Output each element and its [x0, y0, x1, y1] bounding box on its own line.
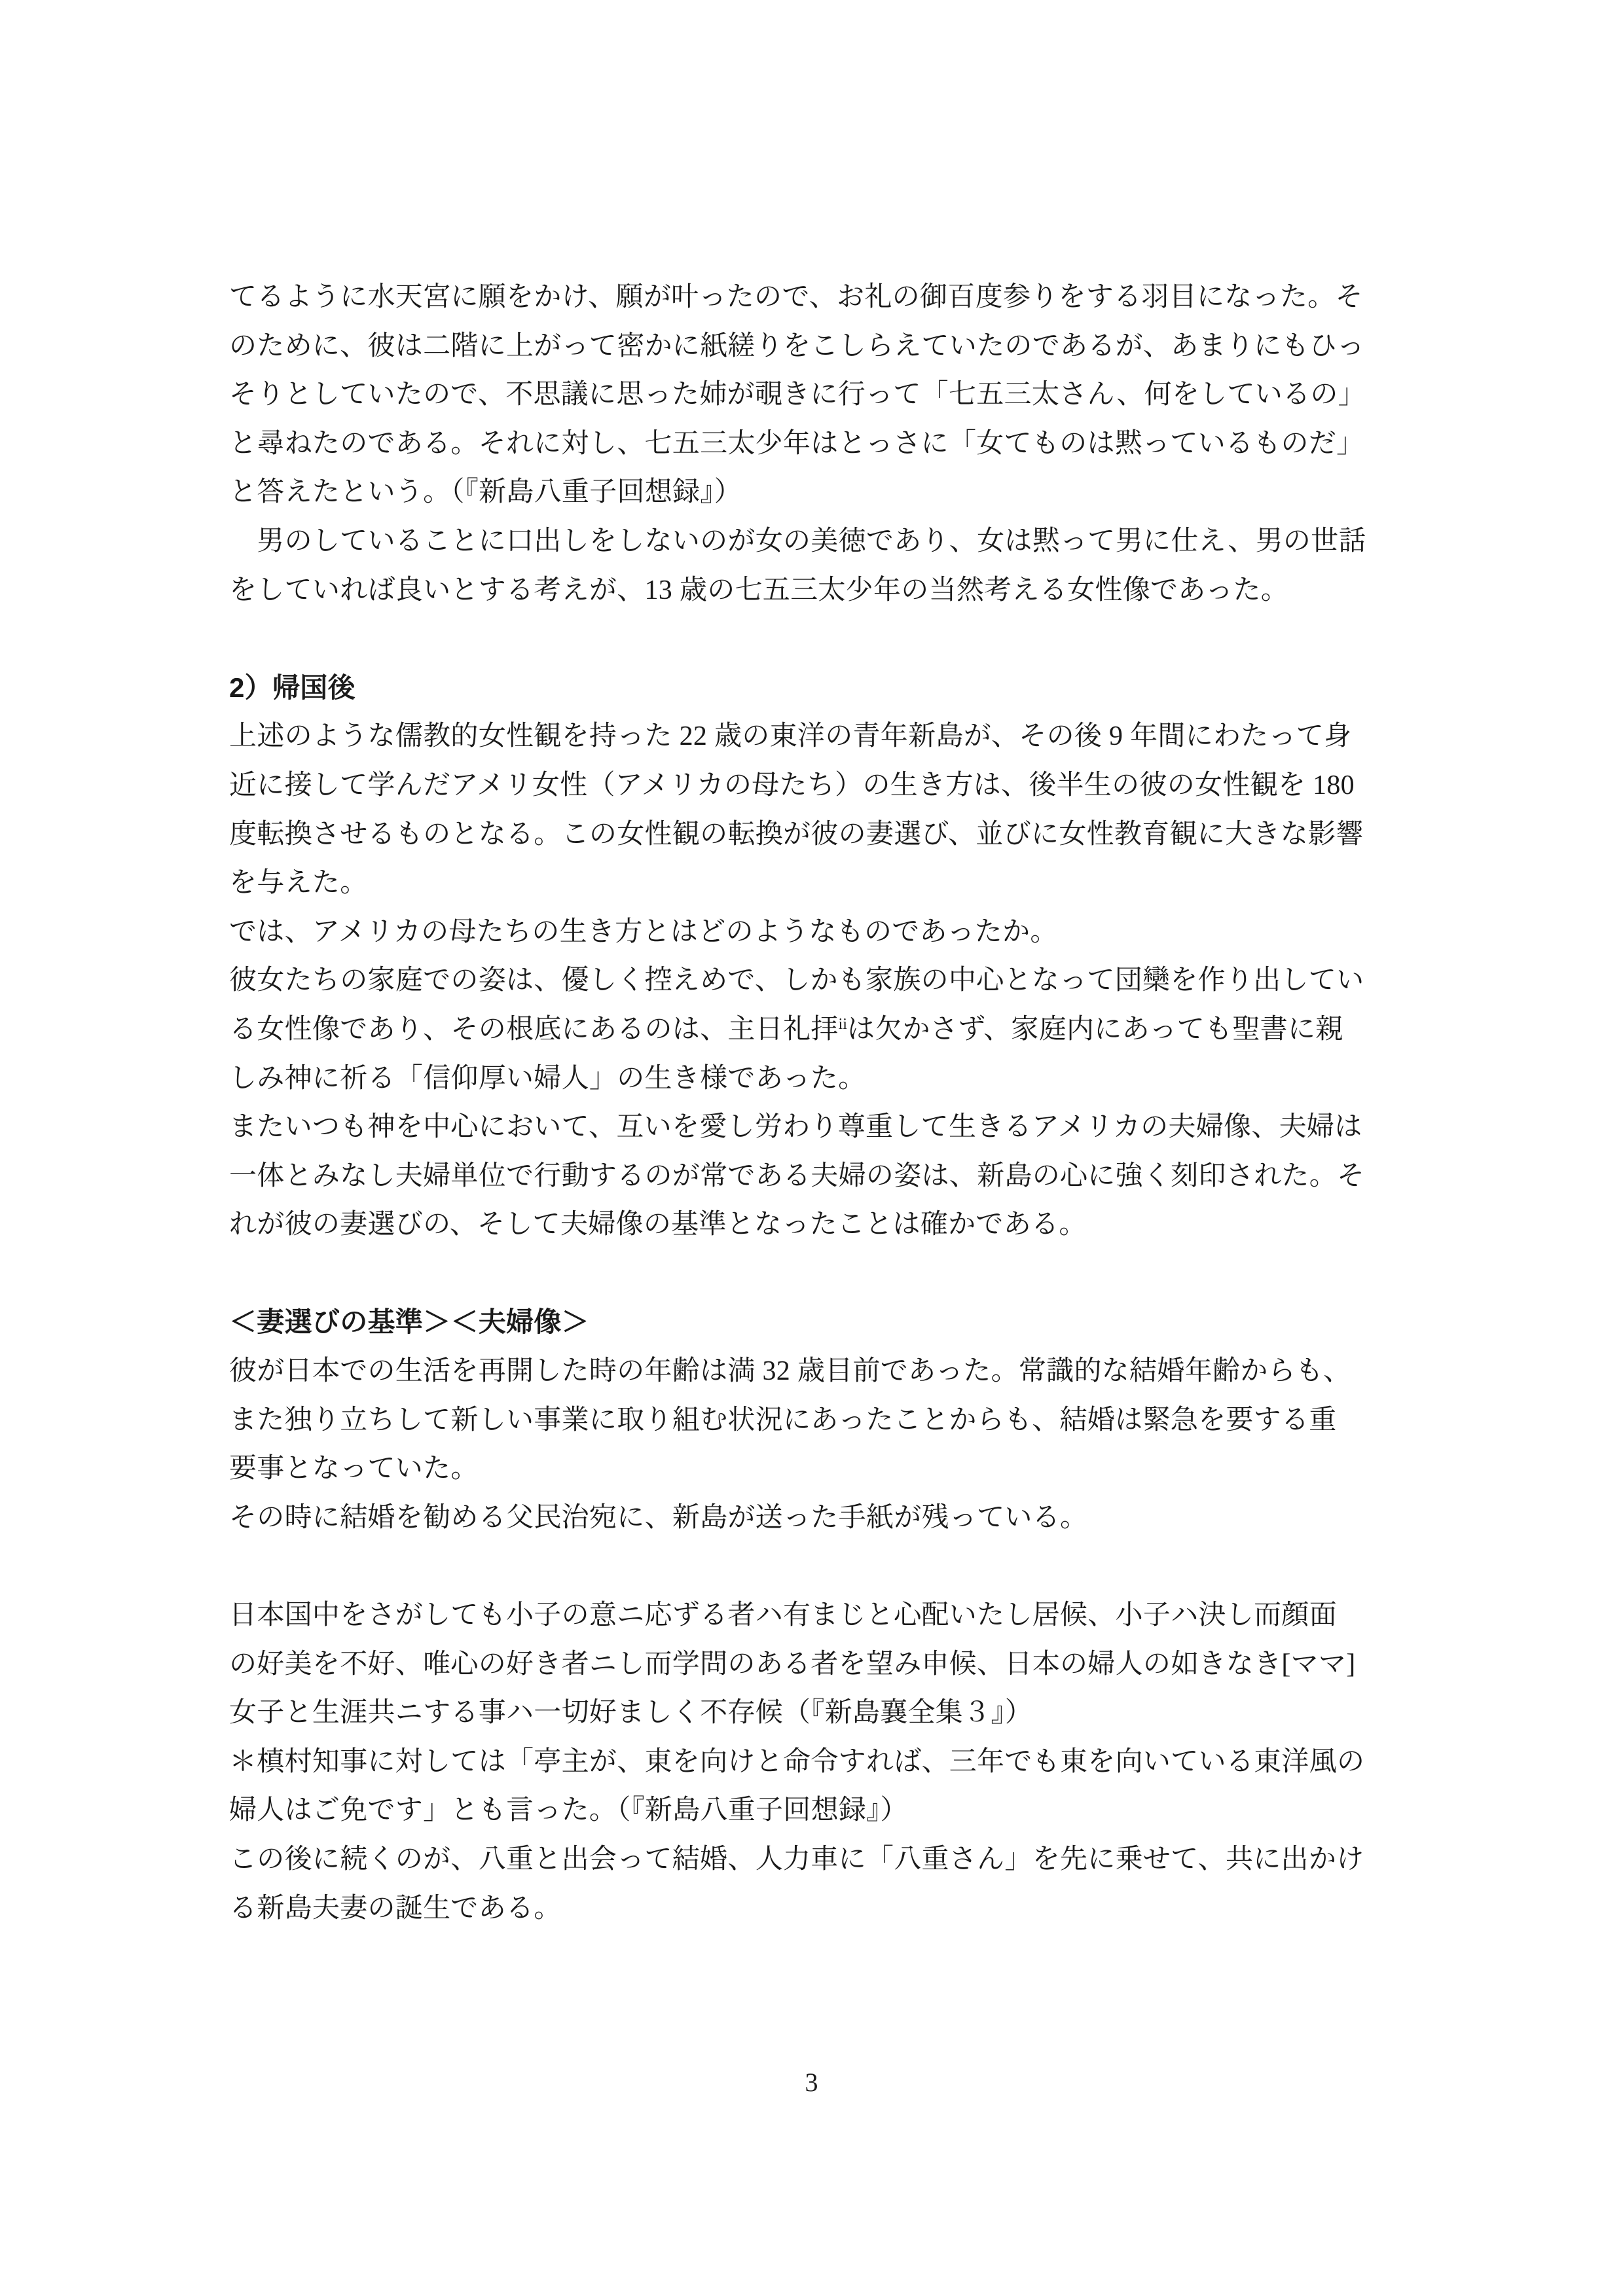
text-line: をしていれば良いとする考えが、13 歳の七五三太少年の当然考える女性像であった。: [229, 566, 1401, 615]
endnote-marker: ii: [839, 1016, 847, 1033]
document-page: てるように水天宮に願をかけ、願が叶ったので、お礼の御百度参りをする羽目になった。…: [0, 0, 1623, 2296]
text-line: またいつも神を中心において、互いを愛し労わり尊重して生きるアメリカの夫婦像、夫婦…: [229, 1103, 1401, 1152]
text-line: しみ神に祈る「信仰厚い婦人」の生き様であった。: [229, 1054, 1401, 1103]
text-line: では、アメリカの母たちの生き方とはどのようなものであったか。: [229, 908, 1401, 957]
text-line: 度転換させるものとなる。この女性観の転換が彼の妻選び、並びに女性教育観に大きな影…: [229, 810, 1401, 859]
document-body: てるように水天宮に願をかけ、願が叶ったので、お礼の御百度参りをする羽目になった。…: [229, 273, 1401, 1933]
text-line: 彼が日本での生活を再開した時の年齢は満 32 歳目前であった。常識的な結婚年齢か…: [229, 1347, 1401, 1396]
text-line: また独り立ちして新しい事業に取り組む状況にあったことからも、結婚は緊急を要する重: [229, 1396, 1401, 1445]
text-line: てるように水天宮に願をかけ、願が叶ったので、お礼の御百度参りをする羽目になった。…: [229, 273, 1401, 322]
text-line: そりとしていたので、不思議に思った姉が覗きに行って「七五三太さん、何をしているの…: [229, 370, 1401, 420]
text-line: 上述のような儒教的女性観を持った 22 歳の東洋の青年新島が、その後 9 年間に…: [229, 712, 1401, 761]
text-line: のために、彼は二階に上がって密かに紙縒りをこしらえていたのであるが、あまりにもひ…: [229, 322, 1401, 371]
text-line: を与えた。: [229, 859, 1401, 908]
text-line: 要事となっていた。: [229, 1444, 1401, 1494]
text-line: 一体とみなし夫婦単位で行動するのが常である夫婦の姿は、新島の心に強く刻印された。…: [229, 1152, 1401, 1201]
page-number: 3: [0, 2067, 1623, 2098]
text-line: 近に接して学んだアメリ女性（アメリカの母たち）の生き方は、後半生の彼の女性観を …: [229, 761, 1401, 810]
text-line: と尋ねたのである。それに対し、七五三太少年はとっさに「女てものは黙っているものだ…: [229, 420, 1401, 469]
text-line: 彼女たちの家庭での姿は、優しく控えめで、しかも家族の中心となって団欒を作り出して…: [229, 956, 1401, 1005]
text-line: 男のしていることに口出しをしないのが女の美徳であり、女は黙って男に仕え、男の世話: [229, 517, 1401, 566]
blank-line: [229, 1249, 1401, 1299]
text-line: と答えたという。（『新島八重子回想録』）: [229, 468, 1401, 517]
blank-line: [229, 615, 1401, 664]
text-line: る女性像であり、その根底にあるのは、主日礼拝iiは欠かさず、家庭内にあっても聖書…: [229, 1005, 1401, 1054]
section-heading: ＜妻選びの基準＞＜夫婦像＞: [229, 1298, 1401, 1347]
text-line: る新島夫妻の誕生である。: [229, 1884, 1401, 1933]
text-line: の好美を不好、唯心の好き者ニし而学問のある者を望み申候、日本の婦人の如きなき[マ…: [229, 1640, 1401, 1689]
blank-line: [229, 1542, 1401, 1591]
text-line: この後に続くのが、八重と出会って結婚、人力車に「八重さん」を先に乗せて、共に出か…: [229, 1835, 1401, 1884]
text-line: れが彼の妻選びの、そして夫婦像の基準となったことは確かである。: [229, 1200, 1401, 1249]
text-line: 女子と生涯共ニする事ハ一切好ましく不存候（『新島襄全集３』）: [229, 1689, 1401, 1738]
text-line: ＊槙村知事に対しては「亭主が、東を向けと命令すれば、三年でも東を向いている東洋風…: [229, 1738, 1401, 1787]
text-line: その時に結婚を勧める父民治宛に、新島が送った手紙が残っている。: [229, 1494, 1401, 1543]
text-line: 婦人はご免です」とも言った。（『新島八重子回想録』）: [229, 1786, 1401, 1835]
text-line: 日本国中をさがしても小子の意ニ応ずる者ハ有まじと心配いたし居候、小子ハ決し而顔面: [229, 1591, 1401, 1640]
section-heading: 2）帰国後: [229, 664, 1401, 713]
